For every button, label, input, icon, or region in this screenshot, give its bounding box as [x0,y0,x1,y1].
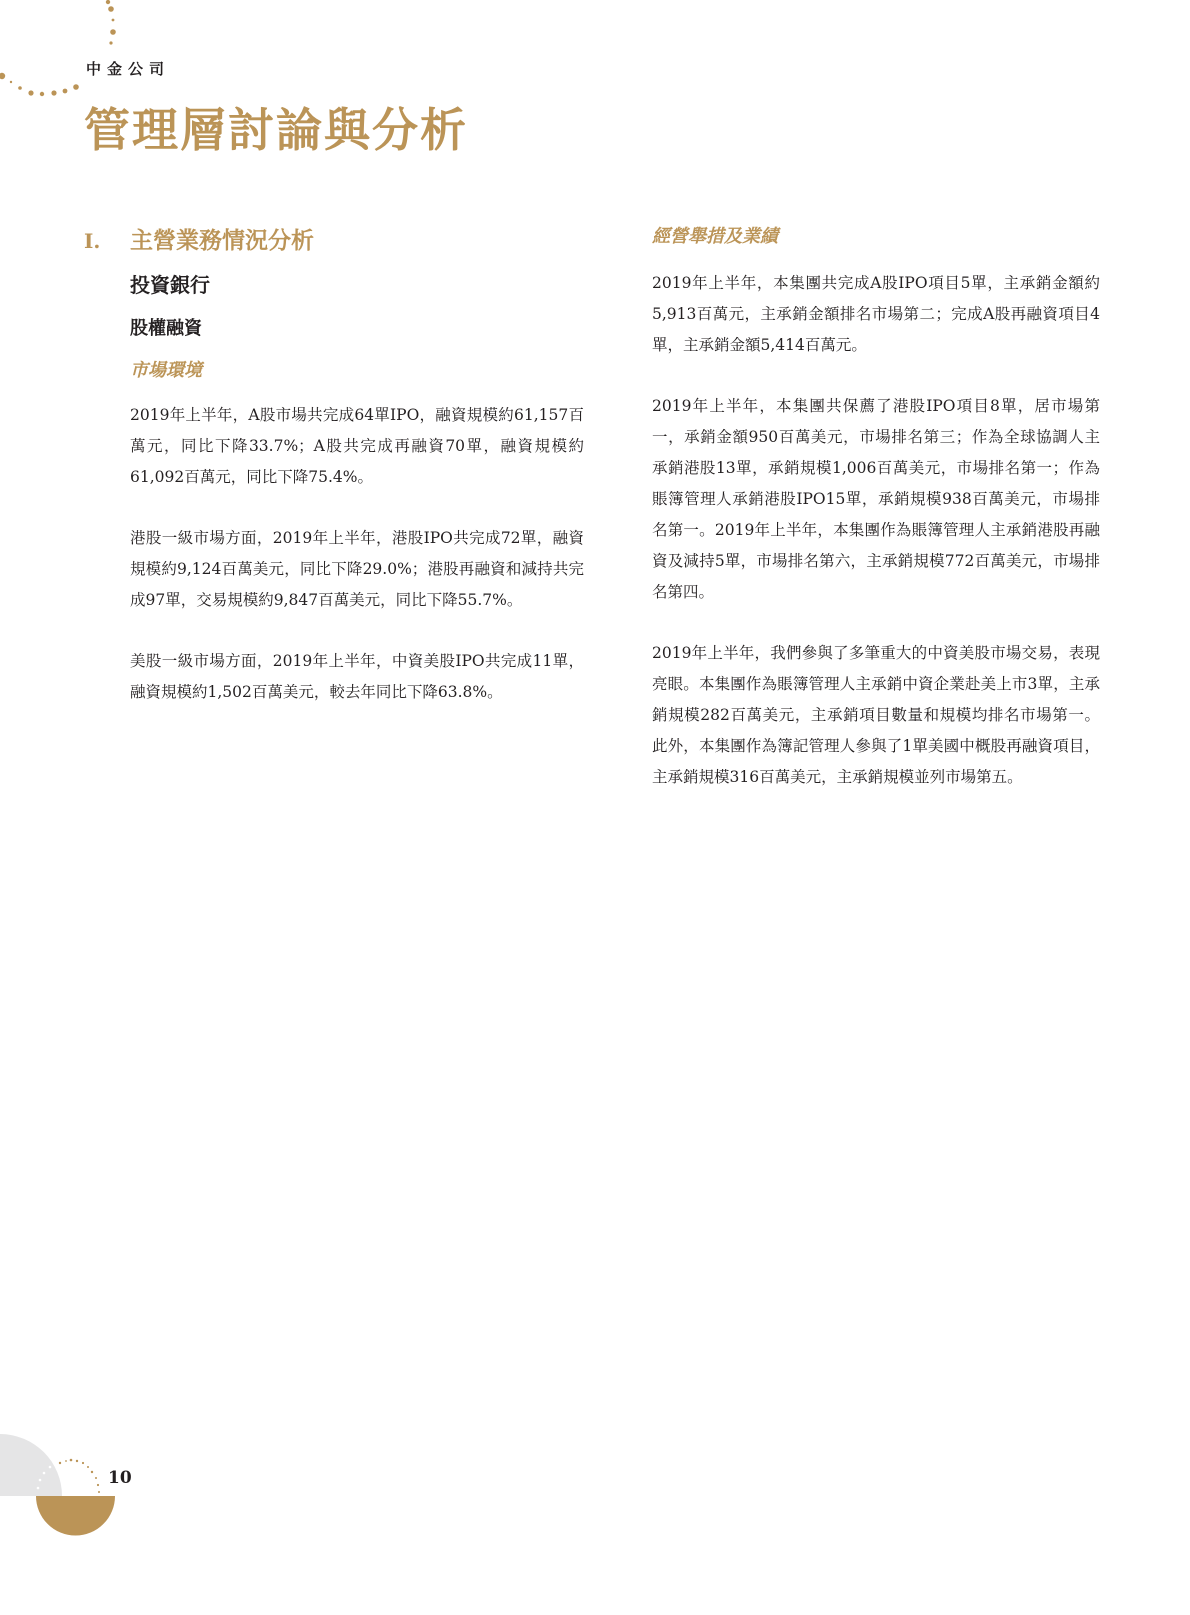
subheading-equity-financing: 股權融資 [130,314,584,340]
left-column: I. 主營業務情況分析 投資銀行 股權融資 市場環境 2019年上半年，A股市場… [84,222,584,738]
paragraph-a-share-market: 2019年上半年，A股市場共完成64單IPO，融資規模約61,157百萬元，同比… [130,400,584,493]
right-column: 經營舉措及業績 2019年上半年，本集團共完成A股IPO項目5單，主承銷金額約5… [652,222,1100,823]
paragraph-hk-market: 港股一級市場方面，2019年上半年，港股IPO共完成72單，融資規模約9,124… [130,523,584,616]
dotted-arc-decoration-top [0,0,130,110]
section-title: 主營業務情況分析 [130,222,314,255]
heading-market-environment: 市場環境 [130,356,584,382]
section-number: I. [84,229,130,253]
section-heading: I. 主營業務情況分析 [84,222,584,255]
company-name: 中金公司 [86,58,170,79]
paragraph-us-results: 2019年上半年，我們參與了多筆重大的中資美股市場交易，表現亮眼。本集團作為賬簿… [652,638,1100,793]
paragraph-us-market: 美股一級市場方面，2019年上半年，中資美股IPO共完成11單，融資規模約1,5… [130,646,584,708]
heading-operations-and-results: 經營舉措及業績 [652,222,1100,248]
page-title: 管理層討論與分析 [84,105,468,156]
page-number: 10 [108,1468,132,1488]
paragraph-hk-results: 2019年上半年，本集團共保薦了港股IPO項目8單，居市場第一，承銷金額950百… [652,391,1100,608]
paragraph-a-share-results: 2019年上半年，本集團共完成A股IPO項目5單，主承銷金額約5,913百萬元，… [652,268,1100,361]
subheading-investment-banking: 投資銀行 [130,269,584,298]
